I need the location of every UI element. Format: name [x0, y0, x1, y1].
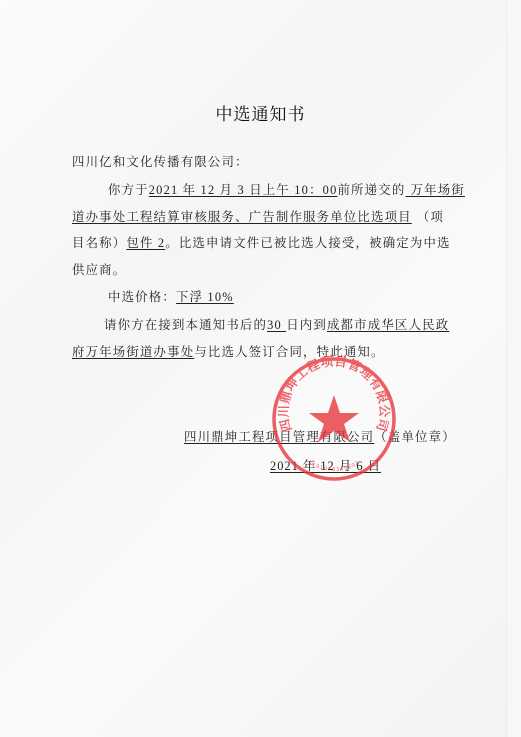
p1-suffix-line2: （项 — [412, 209, 444, 224]
project-name-part1: 万年场街 — [405, 182, 465, 197]
addressee: 四川亿和文化传播有限公司： — [72, 152, 249, 170]
price-label: 中选价格： — [108, 289, 176, 304]
p1-mid: 前所递交的 — [337, 182, 405, 197]
submission-time: 2021 年 12 月 3 日上午 10：00 — [149, 183, 338, 197]
price-value: 下浮 10% — [176, 290, 234, 304]
paragraph1-line2: 道办事处工程结算审核服务、广告制作服务单位比选项目 （项 — [72, 207, 444, 225]
price-line: 中选价格：下浮 10% — [108, 287, 234, 305]
location-part1: 成都市成华区人民政 — [327, 317, 449, 332]
svg-text:5101078345602: 5101078345602 — [307, 460, 361, 473]
project-name-part2: 道办事处工程结算审核服务、广告制作服务单位比选项目 — [72, 209, 412, 224]
paragraph1-line3: 目名称）包件 2。比选申请文件已被比选人接受，被确定为中选 — [72, 233, 451, 251]
paragraph1-line1: 你方于2021 年 12 月 3 日上午 10：00前所递交的 万年场街 — [108, 180, 465, 198]
location-part2: 府万年场街道办事处 — [72, 344, 194, 359]
p2-mid: 日内到 — [286, 317, 327, 332]
document-title: 中选通知书 — [0, 100, 521, 125]
p1-prefix: 你方于 — [108, 182, 149, 197]
paragraph2-line1: 请你方在接到本通知书后的30 日内到成都市成华区人民政 — [104, 315, 449, 333]
p1-line3-suffix: 。比选申请文件已被比选人接受，被确定为中选 — [165, 235, 450, 250]
paragraph1-line4: 供应商。 — [72, 260, 126, 278]
days: 30 — [267, 318, 286, 332]
package: 包件 2 — [126, 236, 165, 250]
p1-line3-prefix: 目名称） — [72, 235, 126, 250]
p2-prefix: 请你方在接到本通知书后的 — [104, 317, 267, 332]
company-seal-icon: 四川鼎坤工程项目管理有限公司 5101078345602 — [270, 355, 398, 483]
